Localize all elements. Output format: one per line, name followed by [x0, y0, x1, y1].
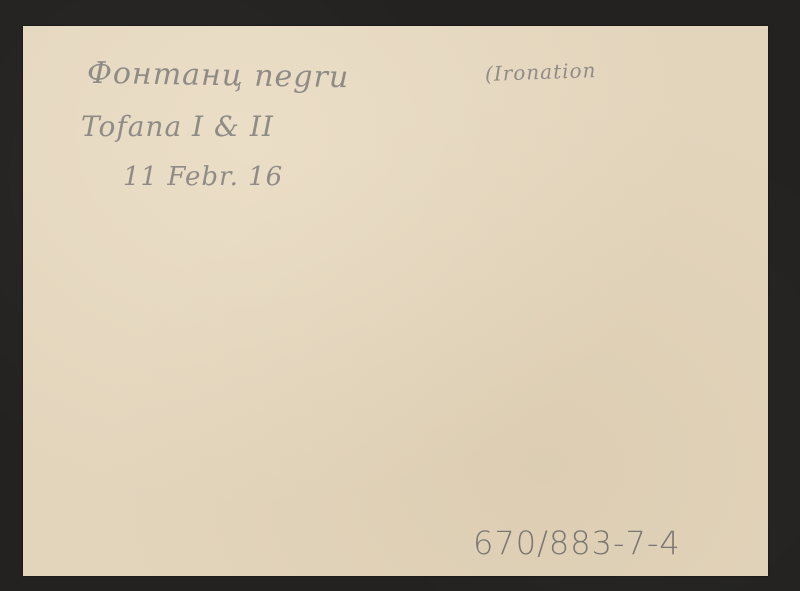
- catalog-number: 670/883-7-4: [473, 524, 681, 562]
- photo-card-back: Фонтанц negru (Ironation Tofana I & II 1…: [23, 26, 768, 576]
- handwritten-date: 11 Febr. 16: [123, 162, 283, 192]
- handwritten-title: Фонтанц negru: [87, 56, 350, 96]
- handwritten-annotation: (Ironation: [485, 58, 597, 86]
- handwritten-location: Tofana I & II: [81, 110, 274, 143]
